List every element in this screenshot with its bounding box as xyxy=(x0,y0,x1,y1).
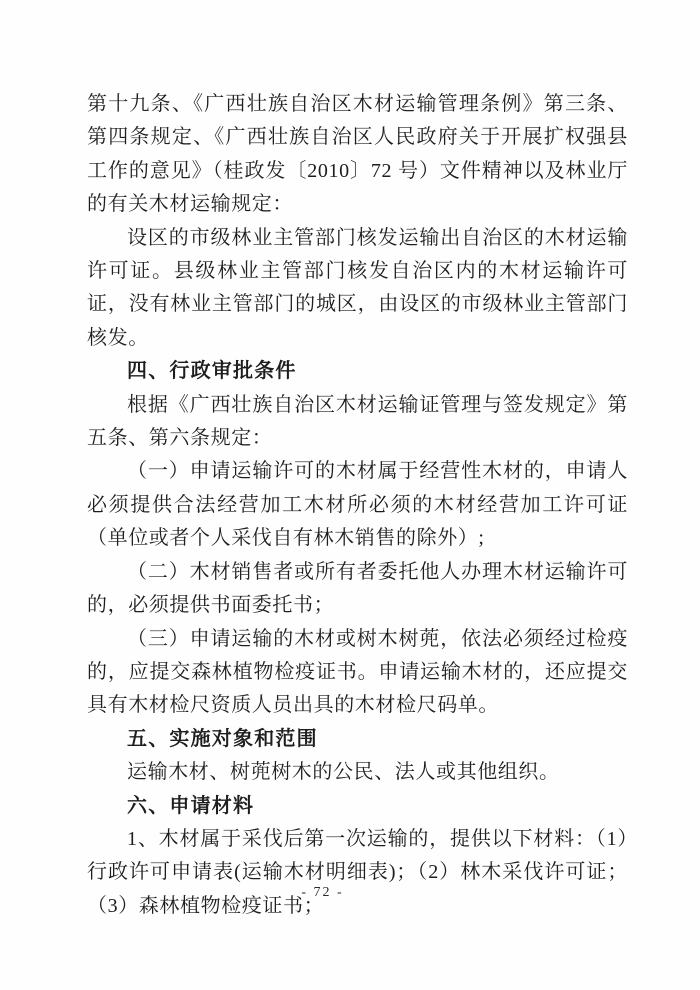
page-number: - 72 - xyxy=(0,885,645,901)
section-heading-approval-conditions: 四、行政审批条件 xyxy=(87,355,628,388)
paragraph-target-scope: 运输木材、树蔸树木的公民、法人或其他组织。 xyxy=(87,756,628,789)
paragraph-regulation-reference: 根据《广西壮族自治区木材运输证管理与签发规定》第五条、第六条规定： xyxy=(87,389,628,456)
document-text-block: 第十九条、《广西壮族自治区木材运输管理条例》第三条、第四条规定、《广西壮族自治区… xyxy=(87,88,628,923)
paragraph-legal-basis-continuation: 第十九条、《广西壮族自治区木材运输管理条例》第三条、第四条规定、《广西壮族自治区… xyxy=(87,88,628,222)
document-page: 第十九条、《广西壮族自治区木材运输管理条例》第三条、第四条规定、《广西壮族自治区… xyxy=(0,0,700,990)
paragraph-issuing-authorities: 设区的市级林业主管部门核发运输出自治区的木材运输许可证。县级林业主管部门核发自治… xyxy=(87,222,628,356)
paragraph-condition-one: （一）申请运输许可的木材属于经营性木材的，申请人必须提供合法经营加工木材所必须的… xyxy=(87,455,628,555)
section-heading-application-materials: 六、申请材料 xyxy=(87,790,628,823)
section-heading-target-scope: 五、实施对象和范围 xyxy=(87,723,628,756)
paragraph-condition-two: （二）木材销售者或所有者委托他人办理木材运输许可的，必须提供书面委托书； xyxy=(87,556,628,623)
paragraph-condition-three: （三）申请运输的木材或树木树蔸，依法必须经过检疫的，应提交森林植物检疫证书。申请… xyxy=(87,623,628,723)
paragraph-materials-item-one: 1、木材属于采伐后第一次运输的，提供以下材料：（1）行政许可申请表(运输木材明细… xyxy=(87,823,628,923)
